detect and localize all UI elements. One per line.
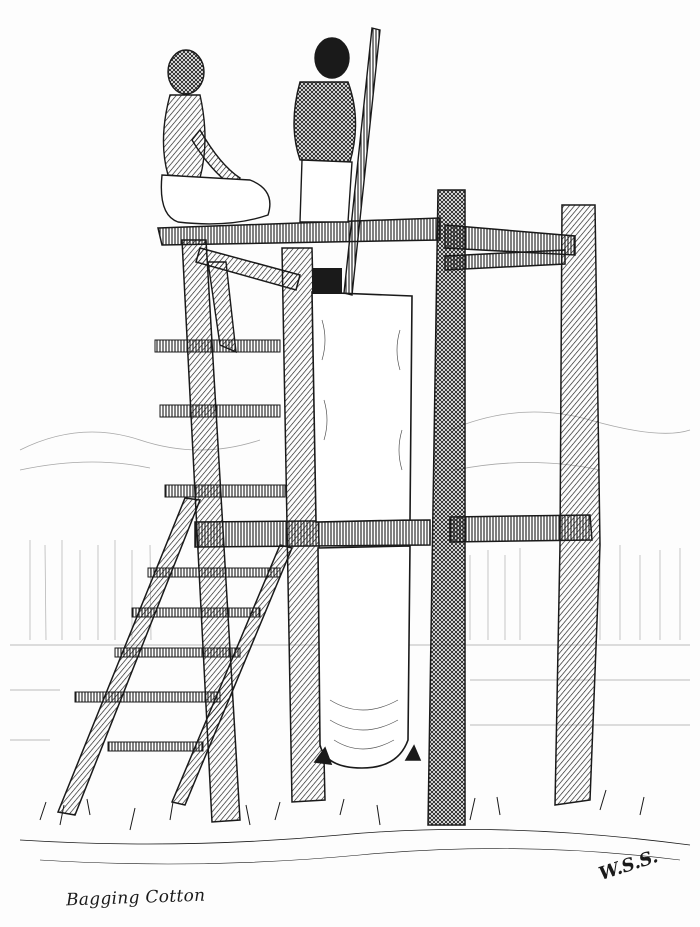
figure-seated xyxy=(161,50,270,352)
press-box xyxy=(312,268,342,294)
bagging-cotton-illustration xyxy=(0,0,700,927)
grass xyxy=(20,790,690,864)
